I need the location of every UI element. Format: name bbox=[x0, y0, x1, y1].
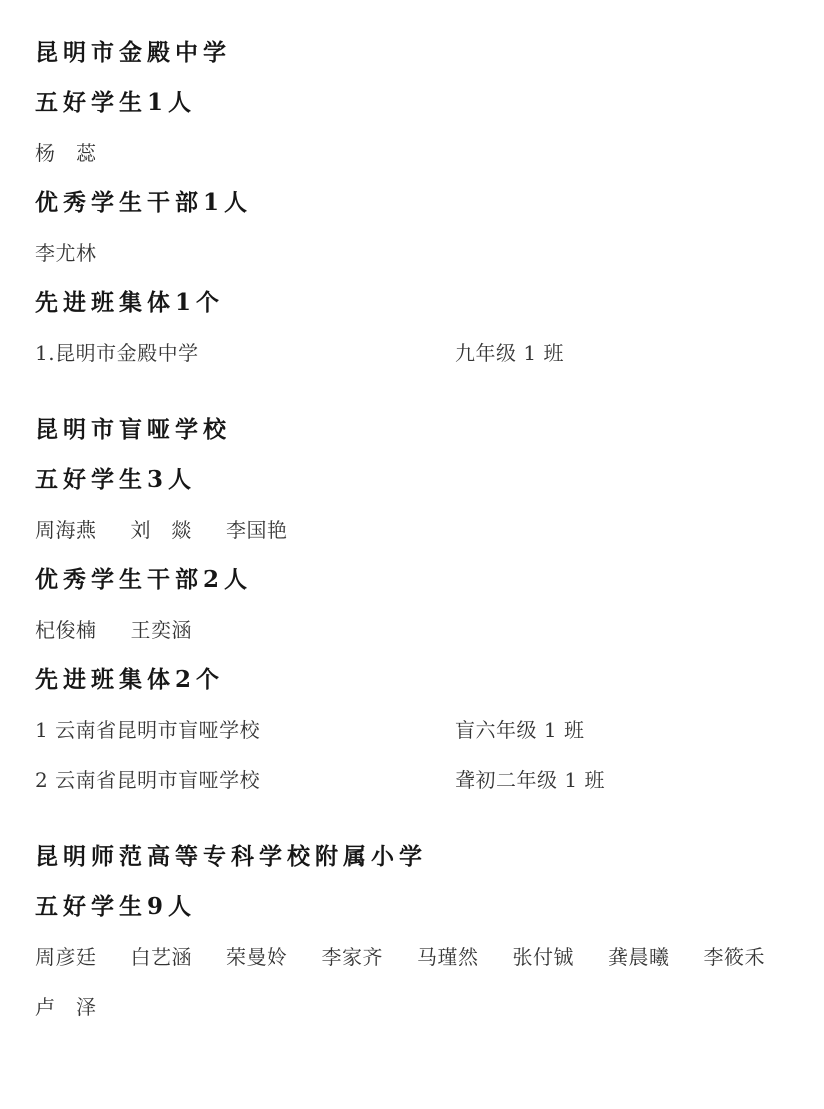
school-section: 昆明市金殿中学 五好学生1人 杨 蕊 优秀学生干部1人 李尤林 先进班集体1个 … bbox=[35, 38, 790, 368]
student-name: 李尤林 bbox=[35, 238, 97, 268]
student-name: 白艺涵 bbox=[131, 942, 193, 972]
class-row: 1 云南省昆明市盲哑学校 盲六年级 1 班 bbox=[35, 715, 790, 745]
award-heading: 五好学生3人 bbox=[35, 465, 790, 495]
student-name: 刘 燚 bbox=[131, 515, 193, 545]
school-section: 昆明师范高等专科学校附属小学 五好学生9人 周彦廷白艺涵荣曼姈李家齐马瑾然张付铖… bbox=[35, 842, 790, 1022]
student-name: 龚晨曦 bbox=[608, 942, 670, 972]
student-name: 杞俊楠 bbox=[35, 615, 97, 645]
class-label: 1.昆明市金殿中学 bbox=[35, 338, 455, 368]
class-name: 聋初二年级 1 班 bbox=[455, 765, 605, 795]
school-title: 昆明市盲哑学校 bbox=[35, 415, 790, 445]
award-heading: 先进班集体1个 bbox=[35, 288, 790, 318]
student-names: 周海燕刘 燚李国艳 bbox=[35, 515, 790, 545]
student-name: 马瑾然 bbox=[417, 942, 479, 972]
award-heading: 五好学生9人 bbox=[35, 892, 790, 922]
school-title: 昆明师范高等专科学校附属小学 bbox=[35, 842, 790, 872]
student-names: 杨 蕊 bbox=[35, 138, 790, 168]
student-name: 荣曼姈 bbox=[226, 942, 288, 972]
class-row: 1.昆明市金殿中学 九年级 1 班 bbox=[35, 338, 790, 368]
class-label: 1 云南省昆明市盲哑学校 bbox=[35, 715, 455, 745]
award-heading: 五好学生1人 bbox=[35, 88, 790, 118]
class-label: 2 云南省昆明市盲哑学校 bbox=[35, 765, 455, 795]
award-heading: 先进班集体2个 bbox=[35, 665, 790, 695]
student-name: 王奕涵 bbox=[131, 615, 193, 645]
student-names: 周彦廷白艺涵荣曼姈李家齐马瑾然张付铖龚晨曦李筱禾卢 泽 bbox=[35, 942, 790, 1022]
school-section: 昆明市盲哑学校 五好学生3人 周海燕刘 燚李国艳 优秀学生干部2人 杞俊楠王奕涵… bbox=[35, 415, 790, 795]
class-name: 盲六年级 1 班 bbox=[455, 715, 584, 745]
student-name: 张付铖 bbox=[513, 942, 575, 972]
class-row: 2 云南省昆明市盲哑学校 聋初二年级 1 班 bbox=[35, 765, 790, 795]
student-name: 杨 蕊 bbox=[35, 138, 97, 168]
award-heading: 优秀学生干部1人 bbox=[35, 188, 790, 218]
student-name: 周彦廷 bbox=[35, 942, 97, 972]
student-name: 李筱禾 bbox=[704, 942, 766, 972]
document-page: 昆明市金殿中学 五好学生1人 杨 蕊 优秀学生干部1人 李尤林 先进班集体1个 … bbox=[0, 0, 824, 1109]
student-name: 卢 泽 bbox=[35, 992, 97, 1022]
student-names: 李尤林 bbox=[35, 238, 790, 268]
award-heading: 优秀学生干部2人 bbox=[35, 565, 790, 595]
school-title: 昆明市金殿中学 bbox=[35, 38, 790, 68]
student-names: 杞俊楠王奕涵 bbox=[35, 615, 790, 645]
class-name: 九年级 1 班 bbox=[455, 338, 564, 368]
student-name: 李家齐 bbox=[322, 942, 384, 972]
student-name: 周海燕 bbox=[35, 515, 97, 545]
student-name: 李国艳 bbox=[226, 515, 288, 545]
